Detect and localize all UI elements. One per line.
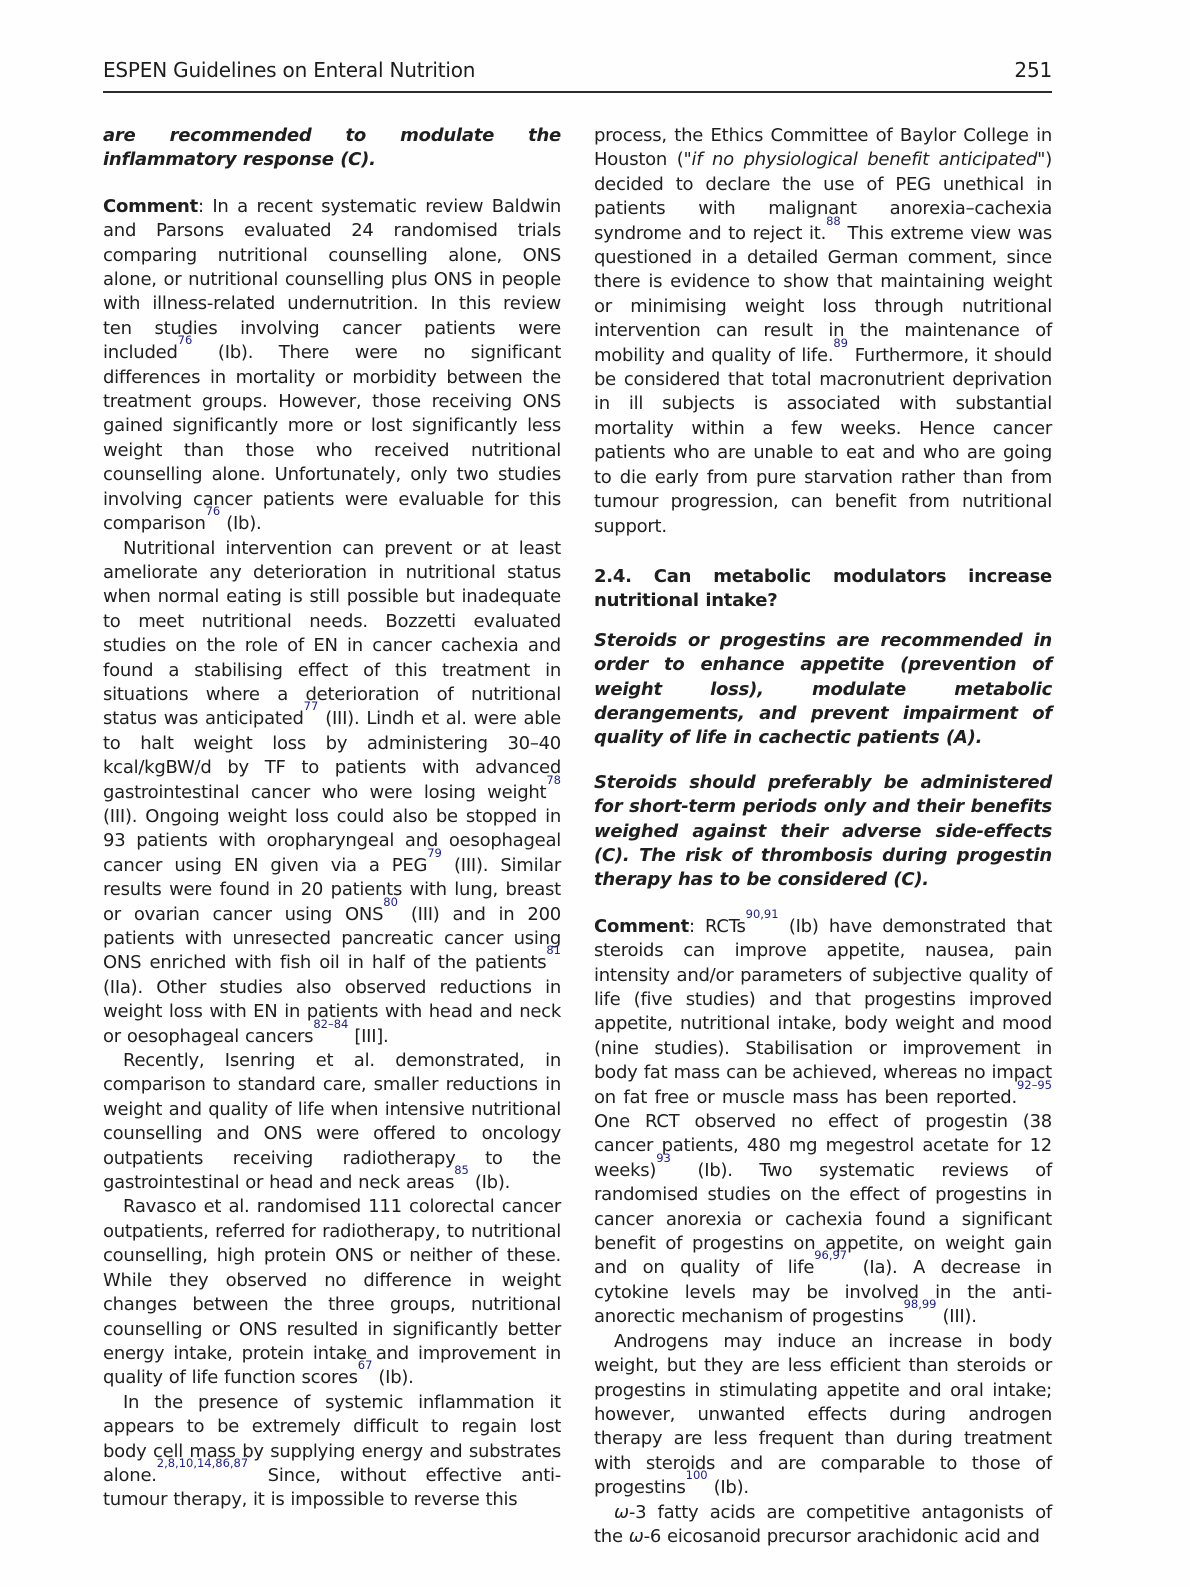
left-column: are recommended to modulate the inflamma… bbox=[103, 124, 561, 1549]
comment-paragraph: Comment: RCTs90,91 (Ib) have demonstrate… bbox=[594, 915, 1052, 1330]
body-paragraph: Androgens may induce an increase in body… bbox=[594, 1330, 1052, 1501]
right-column: process, the Ethics Committee of Baylor … bbox=[594, 124, 1052, 1549]
reference-superscript: 2,8,10,14,86,87 bbox=[157, 1456, 248, 1470]
recommendation-statement: Steroids should preferably be administer… bbox=[594, 771, 1052, 893]
reference-superscript: 76 bbox=[178, 333, 193, 347]
reference-superscript: 89 bbox=[833, 336, 848, 350]
journal-page: ESPEN Guidelines on Enteral Nutrition 25… bbox=[0, 0, 1190, 1587]
body-paragraph: Recently, Isenring et al. demonstrated, … bbox=[103, 1049, 561, 1195]
reference-superscript: 82–84 bbox=[313, 1017, 348, 1031]
reference-superscript: 78 bbox=[546, 773, 561, 787]
two-column-body: are recommended to modulate the inflamma… bbox=[103, 124, 1052, 1549]
body-paragraph: ω-3 fatty acids are competitive antagoni… bbox=[594, 1501, 1052, 1550]
italic-text: ω bbox=[629, 1526, 644, 1547]
reference-superscript: 77 bbox=[304, 699, 319, 713]
reference-superscript: 79 bbox=[427, 846, 442, 860]
reference-superscript: 90,91 bbox=[746, 907, 779, 921]
reference-superscript: 92–95 bbox=[1017, 1078, 1052, 1092]
reference-superscript: 88 bbox=[826, 214, 841, 228]
reference-superscript: 96,97 bbox=[814, 1248, 847, 1262]
page-number: 251 bbox=[1014, 58, 1052, 82]
body-paragraph: process, the Ethics Committee of Baylor … bbox=[594, 124, 1052, 539]
italic-text: ω bbox=[614, 1502, 629, 1523]
bold-lead: Comment bbox=[594, 916, 689, 937]
reference-superscript: 98,99 bbox=[904, 1297, 937, 1311]
reference-superscript: 76 bbox=[206, 504, 221, 518]
reference-superscript: 81 bbox=[546, 943, 561, 957]
page-header: ESPEN Guidelines on Enteral Nutrition 25… bbox=[103, 58, 1052, 93]
reference-superscript: 85 bbox=[454, 1163, 469, 1177]
reference-superscript: 100 bbox=[686, 1468, 708, 1482]
comment-paragraph: Comment: In a recent systematic review B… bbox=[103, 195, 561, 537]
body-paragraph: In the presence of systemic inflammation… bbox=[103, 1391, 561, 1513]
body-paragraph: Ravasco et al. randomised 111 colorectal… bbox=[103, 1195, 561, 1390]
reference-superscript: 67 bbox=[358, 1358, 373, 1372]
italic-text: "if no physiological benefit anticipated… bbox=[684, 149, 1046, 170]
body-paragraph: Nutritional intervention can prevent or … bbox=[103, 537, 561, 1050]
running-title: ESPEN Guidelines on Enteral Nutrition bbox=[103, 58, 475, 82]
reference-superscript: 93 bbox=[656, 1151, 671, 1165]
reference-superscript: 80 bbox=[383, 895, 398, 909]
section-heading: 2.4. Can metabolic modulators increase n… bbox=[594, 565, 1052, 614]
recommendation-statement: Steroids or progestins are recommended i… bbox=[594, 629, 1052, 751]
bold-lead: Comment bbox=[103, 196, 198, 217]
recommendation-statement: are recommended to modulate the inflamma… bbox=[103, 124, 561, 173]
